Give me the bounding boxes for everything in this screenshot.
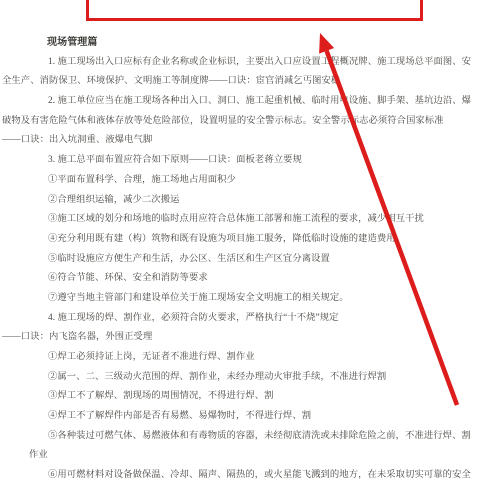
doc-line: ⑦遵守当地主管部门和建设单位关于施工现场安全文明施工的相关规定。	[0, 289, 480, 309]
doc-line: 4. 施工现场的焊、割作业，必须符合防火要求，严格执行“十不烧”规定	[0, 309, 480, 329]
doc-line: 2. 施工单位应当在施工现场各种出入口、洞口、施工起重机械、临时用电设施、脚手架…	[0, 92, 480, 112]
doc-line: ④焊工不了解焊件内部是否有易燃、易爆物时，不得进行焊、割	[0, 407, 480, 427]
doc-line: ⑤临时设施应方便生产和生活，办公区、生活区和生产区宜分离设置	[0, 250, 480, 270]
doc-line: ——口诀：出入坑洞重、液爆电气脚	[0, 131, 480, 151]
document-body: 现场管理篇 1. 施工现场出入口应标有企业名称或企业标识，主要出入口应设置工程概…	[0, 33, 480, 480]
doc-line: ②属一、二、三级动火范围的焊、割作业，未经办理动火审批手续，不准进行焊割	[0, 368, 480, 388]
document-page: 现场管理篇 1. 施工现场出入口应标有企业名称或企业标识，主要出入口应设置工程概…	[0, 0, 480, 480]
doc-line: ①平面布置科学、合理，施工场地占用面积少	[0, 171, 480, 191]
section-heading: 现场管理篇	[0, 33, 480, 53]
doc-line: ⑥用可燃材料对设备做保温、冷却、隔声、隔热的，或火星能飞溅到的地方，在未采取切实…	[0, 466, 480, 480]
doc-line: ⑤各种装过可燃气体、易燃液体和有毒物质的容器，未经彻底清洗或未排除危险之前，不准…	[0, 427, 480, 447]
doc-line: ④充分利用既有建（构）筑物和既有设施为项目施工服务，降低临时设施的建造费用	[0, 230, 480, 250]
doc-line: 全生产、消防保卫、环境保护、文明施工等制度牌——口诀：宦官消减乞丐图安稳	[0, 72, 480, 92]
red-highlight-box	[86, 0, 423, 21]
doc-line: 作业	[0, 446, 480, 466]
doc-line: 破物及有害危险气体和液体存放等处危险部位，设置明显的安全警示标志。安全警示标志必…	[0, 112, 480, 132]
doc-line: ③施工区域的划分和场地的临时点用应符合总体施工部署和施工流程的要求，减少相互干扰	[0, 210, 480, 230]
doc-line: ⑥符合节能、环保、安全和消防等要求	[0, 269, 480, 289]
doc-line: ——口诀：内飞盗名器，外围正受理	[0, 328, 480, 348]
doc-line: ①焊工必须持证上岗，无证者不准进行焊、割作业	[0, 348, 480, 368]
doc-line: 3. 施工总平面布置应符合如下原则——口诀：面板老蒋立要规	[0, 151, 480, 171]
doc-line: ②合理组织运输，减少二次搬运	[0, 191, 480, 211]
doc-line: ③焊工不了解焊、割现场的周围情况，不得进行焊、割	[0, 387, 480, 407]
doc-line: 1. 施工现场出入口应标有企业名称或企业标识，主要出入口应设置工程概况牌、施工现…	[0, 53, 480, 73]
